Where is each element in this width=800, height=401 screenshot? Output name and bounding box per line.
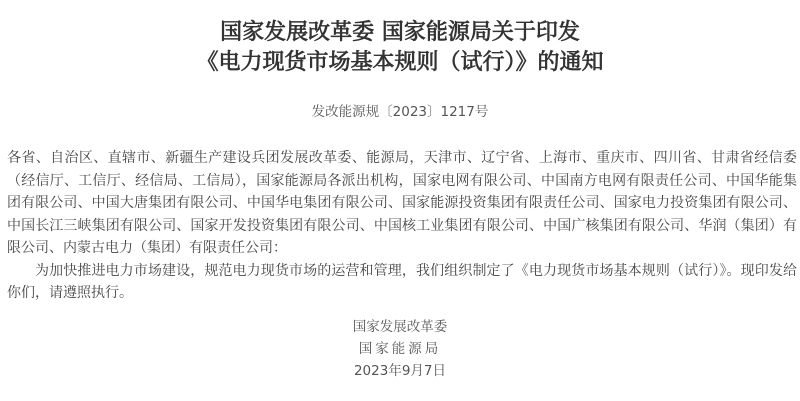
document-title-line1: 国家发展改革委 国家能源局关于印发 — [0, 15, 800, 46]
signature-date: 2023年9月7日 — [0, 360, 800, 382]
addressees-paragraph: 各省、自治区、直辖市、新疆生产建设兵团发展改革委、能源局，天津市、辽宁省、上海市… — [7, 147, 797, 260]
document-number: 发改能源规〔2023〕1217号 — [0, 100, 800, 120]
signature-issuer-ndrc: 国家发展改革委 — [0, 316, 800, 338]
document-title-line2: 《电力现货市场基本规则（试行）》的通知 — [0, 45, 800, 76]
document-body: 各省、自治区、直辖市、新疆生产建设兵团发展改革委、能源局，天津市、辽宁省、上海市… — [7, 147, 797, 305]
body-paragraph: 为加快推进电力市场建设，规范电力现货市场的运营和管理，我们组织制定了《电力现货市… — [7, 260, 797, 305]
signature-issuer-nea: 国家能源局 — [0, 338, 800, 360]
